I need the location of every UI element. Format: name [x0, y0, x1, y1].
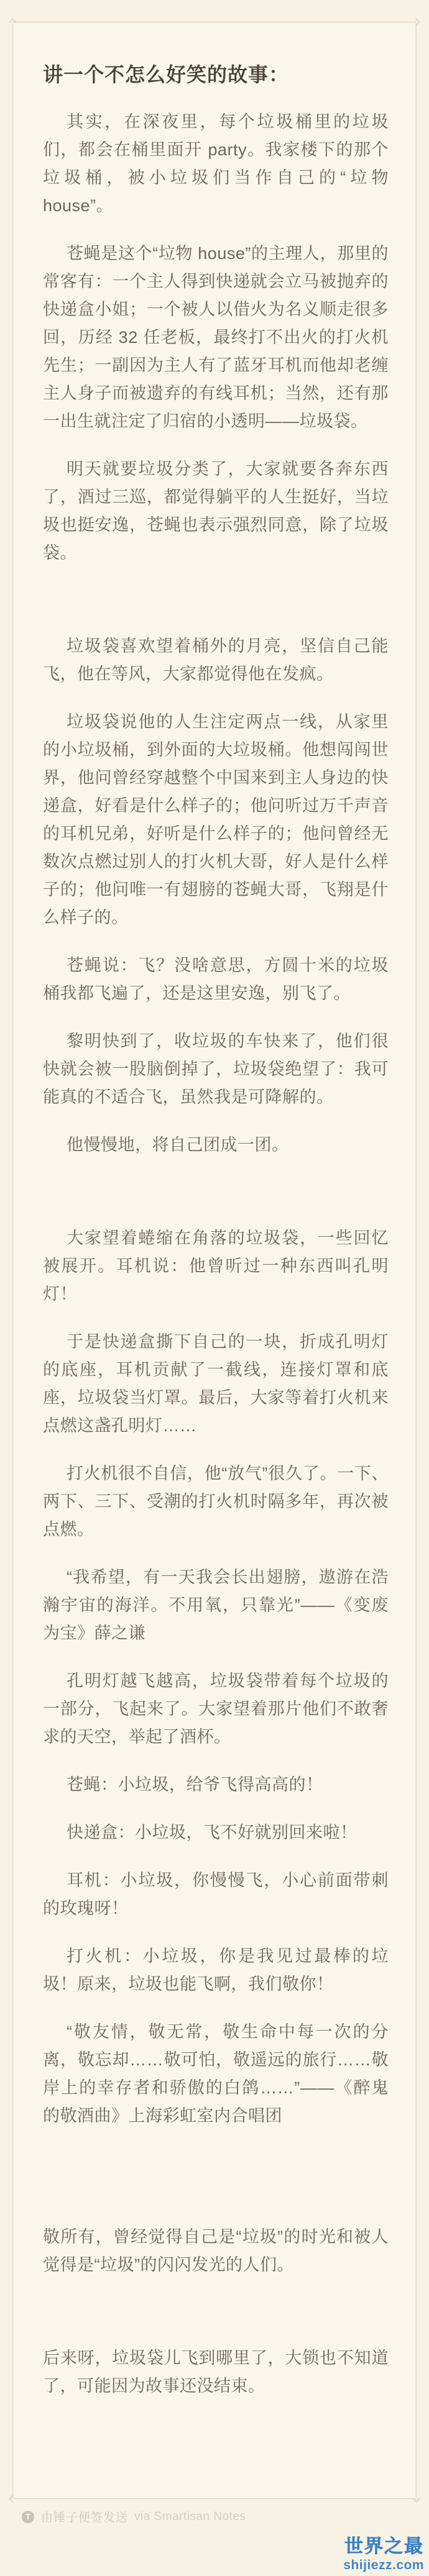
story-paragraph: “我希望，有一天我会长出翅膀，遨游在浩瀚宇宙的海洋。不用氧，只靠光”——《变废为…: [43, 1563, 389, 1647]
story-paragraph: 敬所有，曾经觉得自己是“垃圾”的时光和被人觉得是“垃圾”的闪闪发光的人们。: [43, 2223, 389, 2279]
story-paragraph: 苍蝇是这个“垃物 house”的主理人，那里的常客有：一个主人得到快递就会立马被…: [43, 240, 389, 435]
card-corner-handle: [412, 2495, 420, 2503]
story-paragraph: 苍蝇说：飞？没啥意思，方圆十米的垃圾桶我都飞遍了，还是这里安逸，别飞了。: [43, 952, 389, 1008]
sent-via-footer: T 由锤子便签发送 via Smartisan Notes: [22, 2508, 246, 2525]
story-paragraph: 快递盒：小垃圾，飞不好就别回来啦！: [43, 1819, 389, 1847]
card-corner-handle: [9, 2495, 17, 2503]
shared-note-image: { "story": { "title": "讲一个不怎么好笑的故事：", "p…: [0, 0, 429, 2576]
smartisan-logo-icon: T: [22, 2511, 34, 2523]
sent-via-label-en: via Smartisan Notes: [134, 2510, 246, 2524]
sent-via-label-zh: 由锤子便签发送: [41, 2508, 128, 2525]
story-paragraph: 明天就要垃圾分类了，大家就要各奔东西了，酒过三巡，都觉得躺平的人生挺好，当垃圾也…: [43, 455, 389, 567]
watermark-logo-text: 世界之最: [343, 2537, 424, 2556]
story-paragraph: 垃圾袋喜欢望着桶外的月亮，坚信自己能飞，他在等风，大家都觉得他在发疯。: [43, 632, 389, 688]
story-paragraph: 他慢慢地，将自己团成一团。: [43, 1131, 389, 1159]
story-paragraph: 垃圾袋说他的人生注定两点一线，从家里的小垃圾桶，到外面的大垃圾桶。他想闯闯世界，…: [43, 708, 389, 932]
site-watermark: 世界之最 shijiezz.com: [343, 2537, 424, 2572]
story-paragraph: 苍蝇：小垃圾，给爷飞得高高的！: [43, 1771, 389, 1799]
story-paragraph: 大家望着蜷缩在角落的垃圾袋，一些回忆被展开。耳机说：他曾听过一种东西叫孔明灯！: [43, 1224, 389, 1308]
story-paragraph: 其实，在深夜里，每个垃圾桶里的垃圾们，都会在桶里面开 party。我家楼下的那个…: [43, 108, 389, 220]
note-card: 讲一个不怎么好笑的故事： 其实，在深夜里，每个垃圾桶里的垃圾们，都会在桶里面开 …: [12, 22, 417, 2499]
story-paragraph: “敬友情，敬无常，敬生命中每一次的分离，敬忘却……敬可怕，敬遥远的旅行……敬岸上…: [43, 2018, 389, 2130]
story-body: 其实，在深夜里，每个垃圾桶里的垃圾们，都会在桶里面开 party。我家楼下的那个…: [43, 108, 389, 2400]
story-paragraph: 打火机：小垃圾，你是我见过最棒的垃圾！原来，垃圾也能飞啊，我们敬你！: [43, 1942, 389, 1998]
story-paragraph: 后来呀，垃圾袋儿飞到哪里了，大锁也不知道了，可能因为故事还没结束。: [43, 2344, 389, 2400]
story-paragraph: 孔明灯越飞越高，垃圾袋带着每个垃圾的一部分，飞起来了。大家望着那片他们不敢奢求的…: [43, 1667, 389, 1751]
card-corner-handle: [9, 18, 17, 26]
story-paragraph: 黎明快到了，收垃圾的车快来了，他们很快就会被一股脑倒掉了，垃圾袋绝望了：我可能真…: [43, 1027, 389, 1111]
card-corner-handle: [412, 18, 420, 26]
watermark-site-url: shijiezz.com: [343, 2559, 424, 2572]
story-paragraph: 于是快递盒撕下自己的一块，折成孔明灯的底座，耳机贡献了一截线，连接灯罩和底座，垃…: [43, 1328, 389, 1440]
story-title: 讲一个不怎么好笑的故事：: [43, 60, 389, 89]
story-paragraph: 打火机很不自信，他“放气”很久了。一下、两下、三下、受潮的打火机时隔多年，再次被…: [43, 1460, 389, 1544]
story-paragraph: 耳机：小垃圾，你慢慢飞，小心前面带刺的玫瑰呀！: [43, 1867, 389, 1923]
